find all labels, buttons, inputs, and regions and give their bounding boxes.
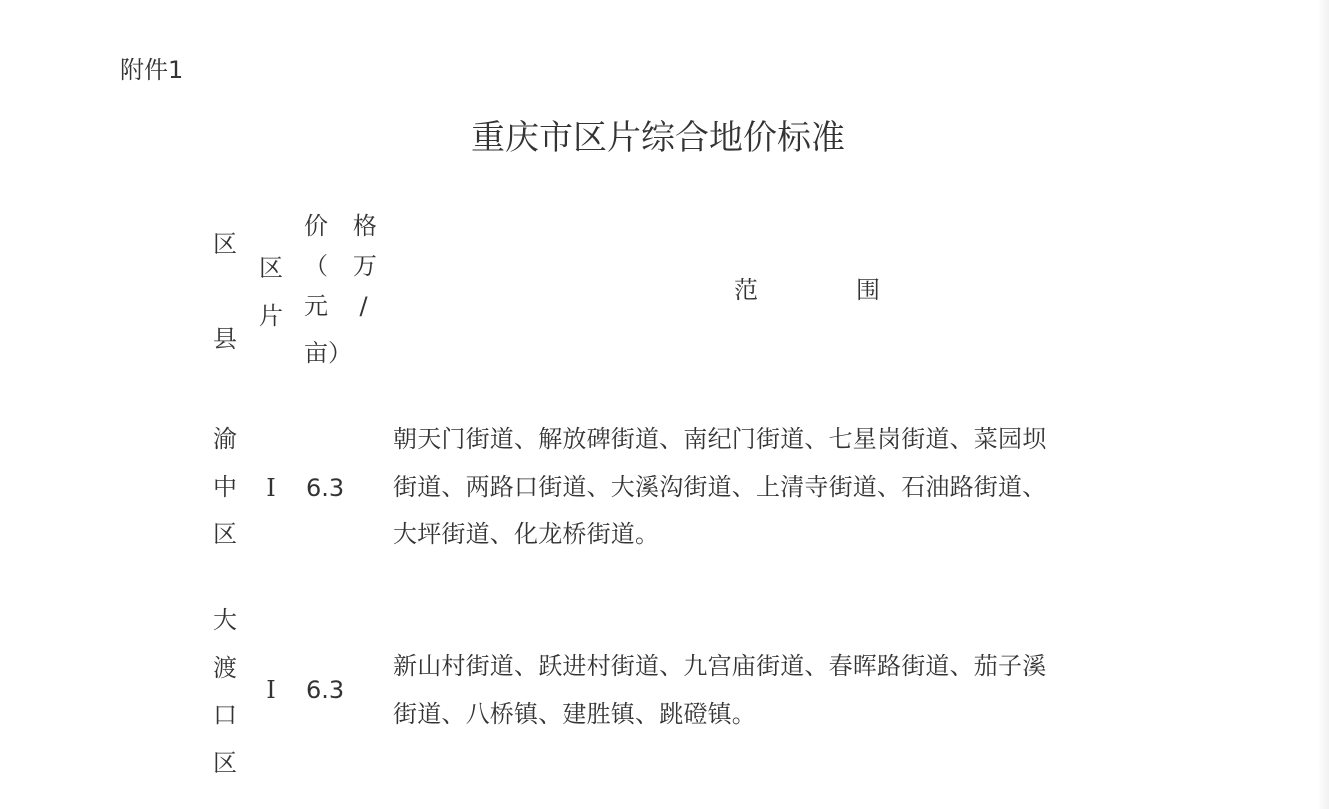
- header-price-char: /: [344, 286, 388, 326]
- zone-value: Ⅰ: [256, 675, 286, 705]
- header-price-char: 格: [353, 206, 388, 246]
- table-row-district: 大 渡 口 区: [210, 597, 240, 787]
- header-district-char: 县: [210, 321, 240, 368]
- header-price-char: 价: [302, 206, 353, 246]
- header-price-char: [353, 326, 388, 380]
- district-char: 区: [210, 511, 240, 559]
- district-char: 区: [210, 740, 240, 788]
- header-district-char: 区: [210, 226, 240, 273]
- header-range: 范围: [734, 272, 880, 308]
- district-char: 渝: [210, 416, 240, 464]
- price-value: 6.3: [306, 473, 344, 503]
- district-char: 大: [210, 597, 240, 645]
- header-price-char: 万: [353, 246, 388, 286]
- zone-value: Ⅰ: [256, 473, 286, 503]
- range-text: 朝天门街道、解放碑街道、南纪门街道、七星岗街道、菜园坝 街道、两路口街道、大溪沟…: [393, 416, 1113, 559]
- header-zone-char: 片: [256, 298, 286, 346]
- range-text: 新山村街道、跃进村街道、九宫庙街道、春晖路街道、茄子溪 街道、八桥镇、建胜镇、跳…: [393, 643, 1113, 738]
- range-line: 街道、八桥镇、建胜镇、跳磴镇。: [393, 691, 1113, 739]
- district-char: 口: [210, 692, 240, 740]
- header-zone: 区 片: [256, 250, 286, 346]
- header-range-char: 围: [856, 276, 880, 304]
- range-line: 大坪街道、化龙桥街道。: [393, 511, 1113, 559]
- attachment-label: 附件1: [120, 55, 183, 85]
- header-price-char: 元: [302, 286, 344, 326]
- table-row-district: 渝 中 区: [210, 416, 240, 559]
- header-price-char: 亩）: [302, 326, 353, 380]
- header-price: 价 格 （ 万 元 / 亩）: [302, 206, 388, 380]
- header-zone-char: 区: [256, 250, 286, 298]
- header-price-char: （: [302, 246, 353, 286]
- district-char: 渡: [210, 645, 240, 693]
- price-value: 6.3: [306, 675, 344, 705]
- district-char: 中: [210, 464, 240, 512]
- header-range-char: 范: [734, 276, 758, 304]
- header-district: 区 县: [210, 226, 240, 368]
- range-line: 朝天门街道、解放碑街道、南纪门街道、七星岗街道、菜园坝: [393, 416, 1113, 464]
- range-line: 新山村街道、跃进村街道、九宫庙街道、春晖路街道、茄子溪: [393, 643, 1113, 691]
- page-title: 重庆市区片综合地价标准: [0, 116, 1316, 160]
- scrollbar-track[interactable]: [1319, 0, 1329, 809]
- range-line: 街道、两路口街道、大溪沟街道、上清寺街道、石油路街道、: [393, 464, 1113, 512]
